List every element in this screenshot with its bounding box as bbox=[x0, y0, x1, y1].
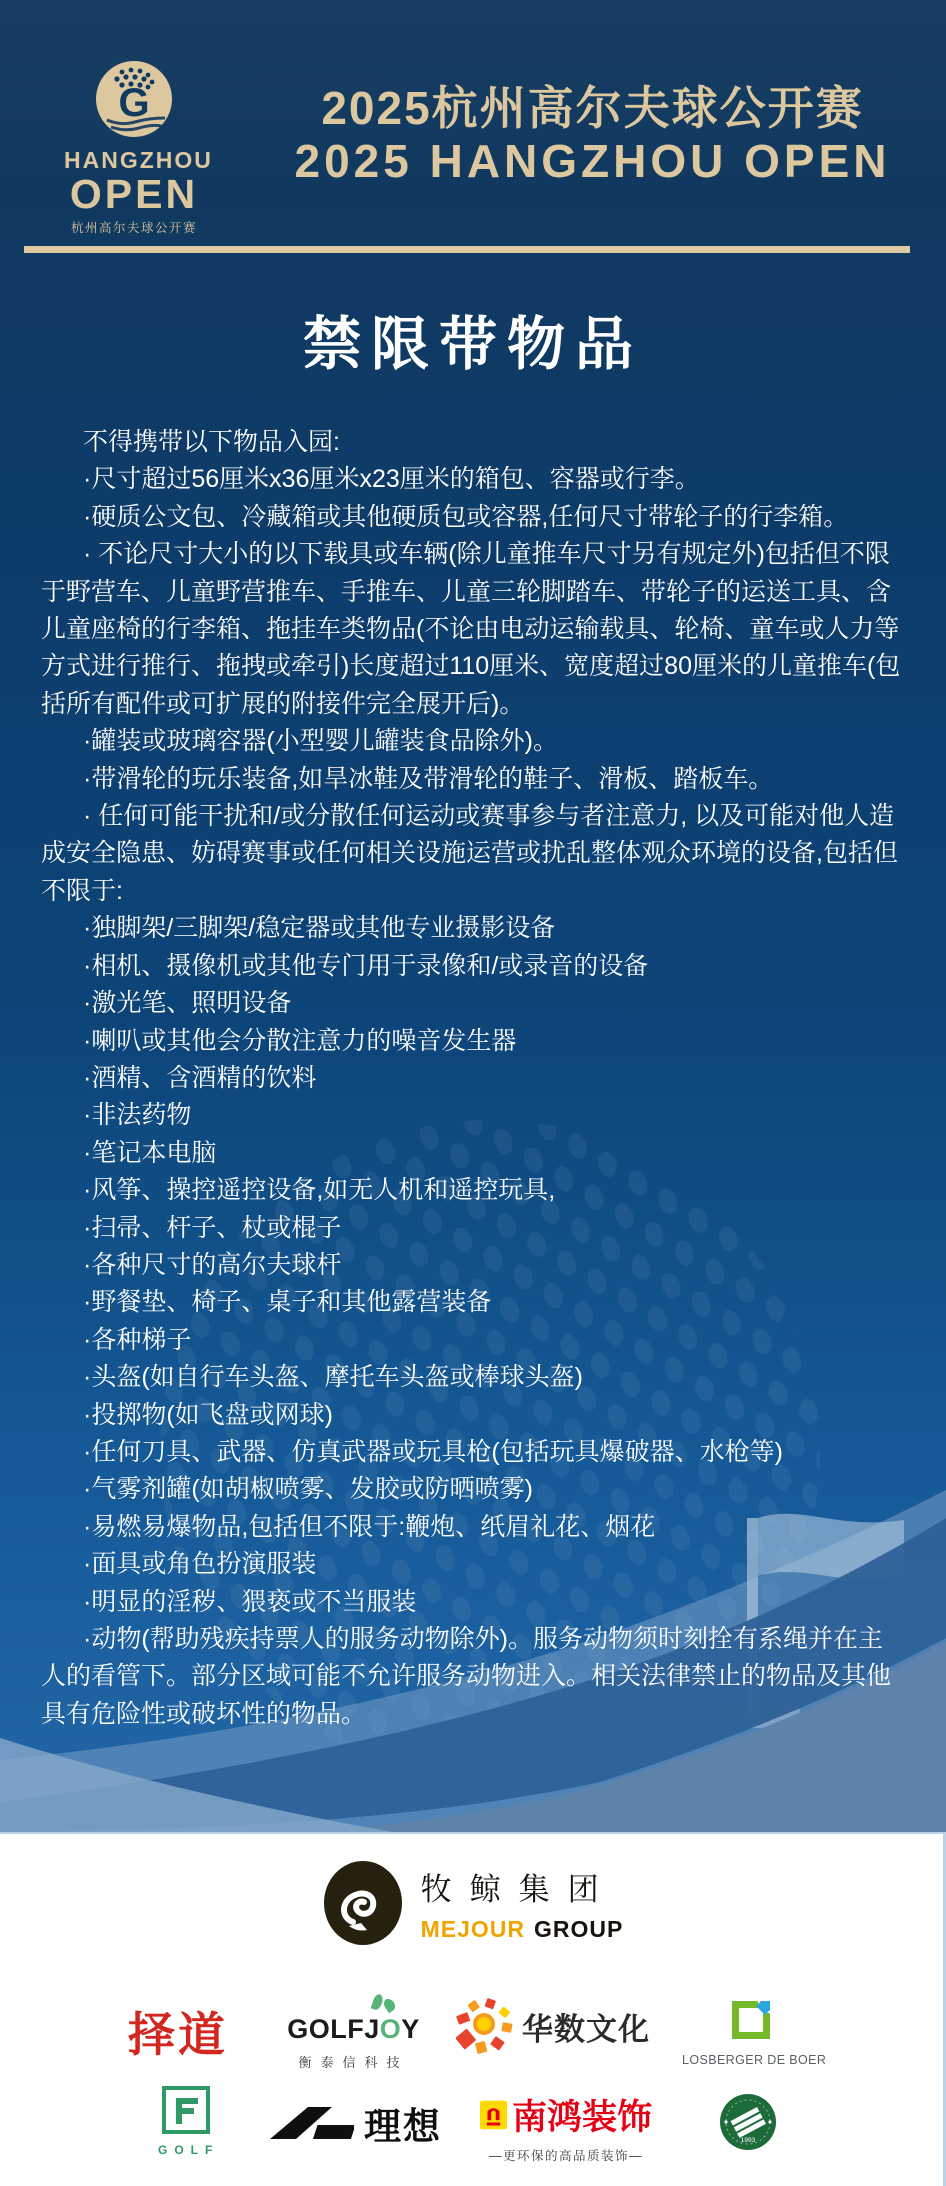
list-item: ·罐装或玻璃容器(小型婴儿罐装食品除外)。 bbox=[41, 723, 905, 760]
list-item: · 不论尺寸大小的以下载具或车辆(除儿童推车尺寸另有规定外)包括但不限于野营车、… bbox=[41, 536, 905, 723]
list-item: ·激光笔、照明设备 bbox=[41, 985, 905, 1022]
list-item: ·投掷物(如飞盘或网球) bbox=[41, 1397, 905, 1434]
list-item: ·动物(帮助残疾持票人的服务动物除外)。服务动物须时刻拴有系绳并在主人的看管下。… bbox=[41, 1621, 905, 1733]
event-title-english: 2025 HANGZHOU OPEN bbox=[255, 135, 930, 188]
losberger-label: LOSBERGER DE BOER bbox=[682, 2053, 820, 2067]
nanhong-label: 南鸿装饰 bbox=[512, 2090, 652, 2140]
sponsor-fila-golf: GOLF bbox=[158, 2086, 214, 2157]
list-item: ·非法药物 bbox=[41, 1097, 905, 1134]
list-item: ·任何刀具、武器、仿真武器或玩具枪(包括玩具爆破器、水枪等) bbox=[41, 1434, 905, 1471]
list-item: ·野餐垫、椅子、桌子和其他露营装备 bbox=[41, 1284, 905, 1321]
fila-f-icon bbox=[162, 2086, 210, 2134]
mejour-word: MEJOUR bbox=[421, 1916, 525, 1942]
fila-golf-label: GOLF bbox=[158, 2143, 214, 2157]
lixiang-label: 理想 bbox=[364, 2096, 442, 2150]
sponsor-lixiang: 理想 bbox=[270, 2096, 442, 2150]
zhejiang-association-seal-icon: 1993 bbox=[719, 2093, 777, 2151]
losberger-square-icon bbox=[728, 1997, 774, 2043]
golfjoy-subname: 衡泰信科技 bbox=[281, 2052, 426, 2071]
li-auto-mark-icon bbox=[270, 2105, 354, 2141]
list-item: ·笔记本电脑 bbox=[41, 1135, 905, 1172]
group-word: GROUP bbox=[534, 1916, 623, 1942]
sponsor-nanhong: 南鸿装饰 —更环保的高品质装饰— bbox=[480, 2090, 652, 2164]
list-item: ·各种梯子 bbox=[41, 1322, 905, 1359]
logo-word-open: OPEN bbox=[64, 174, 204, 214]
list-item: ·带滑轮的玩乐装备,如旱冰鞋及带滑轮的鞋子、滑板、踏板车。 bbox=[41, 761, 905, 798]
list-item: ·硬质公文包、冷藏箱或其他硬质包或容器,任何尺寸带轮子的行李箱。 bbox=[41, 499, 905, 536]
sponsor-zedao: 择道 bbox=[128, 1998, 228, 2065]
seal-year: 1993 bbox=[741, 2137, 756, 2144]
sponsor-losberger: LOSBERGER DE BOER bbox=[682, 1997, 820, 2067]
list-item: ·喇叭或其他会分散注意力的噪音发生器 bbox=[41, 1023, 905, 1060]
list-item: ·风筝、操控遥控设备,如无人机和遥控玩具, bbox=[41, 1172, 905, 1209]
mejour-group-logo: 牧鲸集团 MEJOURGROUP bbox=[0, 1860, 946, 1946]
list-item: ·尺寸超过56厘米x36厘米x23厘米的箱包、容器或行李。 bbox=[41, 461, 905, 498]
golf-ball-logo-icon: G bbox=[95, 60, 173, 138]
prohibited-items-section: 不得携带以下物品入园: ·尺寸超过56厘米x36厘米x23厘米的箱包、容器或行李… bbox=[41, 424, 905, 1733]
nanhong-gate-icon bbox=[480, 2096, 507, 2134]
prohibited-items-list: ·尺寸超过56厘米x36厘米x23厘米的箱包、容器或行李。·硬质公文包、冷藏箱或… bbox=[41, 461, 905, 1733]
event-title-block: 2025杭州高尔夫球公开赛 2025 HANGZHOU OPEN bbox=[255, 82, 930, 188]
huashu-label: 华数文化 bbox=[522, 2004, 650, 2049]
golfjoy-leaf-icon bbox=[281, 1992, 426, 2014]
sponsor-association-seal: 1993 bbox=[719, 2093, 777, 2156]
list-item: ·气雾剂罐(如胡椒喷雾、发胶或防晒喷雾) bbox=[41, 1471, 905, 1508]
sponsor-golfjoy: GOLFJOY 衡泰信科技 bbox=[281, 1992, 426, 2071]
hangzhou-open-logo: G HANGZHOU OPEN 杭州高尔夫球公开赛 bbox=[64, 60, 204, 236]
list-item: ·酒精、含酒精的饮料 bbox=[41, 1060, 905, 1097]
list-item: ·明显的淫秽、猥亵或不当服装 bbox=[41, 1584, 905, 1621]
page-title: 禁限带物品 bbox=[0, 297, 946, 381]
list-item: ·相机、摄像机或其他专门用于录像和/或录音的设备 bbox=[41, 948, 905, 985]
list-item: · 任何可能干扰和/或分散任何运动或赛事参与者注意力, 以及可能对他人造成安全隐… bbox=[41, 798, 905, 910]
list-item: ·头盔(如自行车头盔、摩托车头盔或棒球头盔) bbox=[41, 1359, 905, 1396]
logo-chinese-name: 杭州高尔夫球公开赛 bbox=[64, 218, 204, 236]
mejour-whale-icon bbox=[323, 1860, 403, 1946]
mejour-chinese-name: 牧鲸集团 bbox=[421, 1864, 624, 1909]
logo-word-hangzhou: HANGZHOU bbox=[64, 147, 204, 174]
list-item: ·扫帚、杆子、杖或棍子 bbox=[41, 1210, 905, 1247]
sponsor-huashu: 华数文化 bbox=[456, 1998, 650, 2054]
gold-divider bbox=[24, 246, 910, 253]
nanhong-slogan: —更环保的高品质装饰— bbox=[480, 2146, 652, 2164]
list-item: ·各种尺寸的高尔夫球杆 bbox=[41, 1247, 905, 1284]
list-item: ·面具或角色扮演服装 bbox=[41, 1546, 905, 1583]
intro-line: 不得携带以下物品入园: bbox=[41, 424, 905, 461]
poster-page: G HANGZHOU OPEN 杭州高尔夫球公开赛 2025杭州高尔夫球公开赛 … bbox=[0, 0, 946, 2186]
list-item: ·易燃易爆物品,包括但不限于:鞭炮、纸眉礼花、烟花 bbox=[41, 1509, 905, 1546]
event-title-chinese: 2025杭州高尔夫球公开赛 bbox=[255, 82, 930, 135]
huashu-sunburst-icon bbox=[456, 1998, 514, 2054]
golfjoy-green-ball: O bbox=[380, 2014, 402, 2044]
list-item: ·独脚架/三脚架/稳定器或其他专业摄影设备 bbox=[41, 910, 905, 947]
